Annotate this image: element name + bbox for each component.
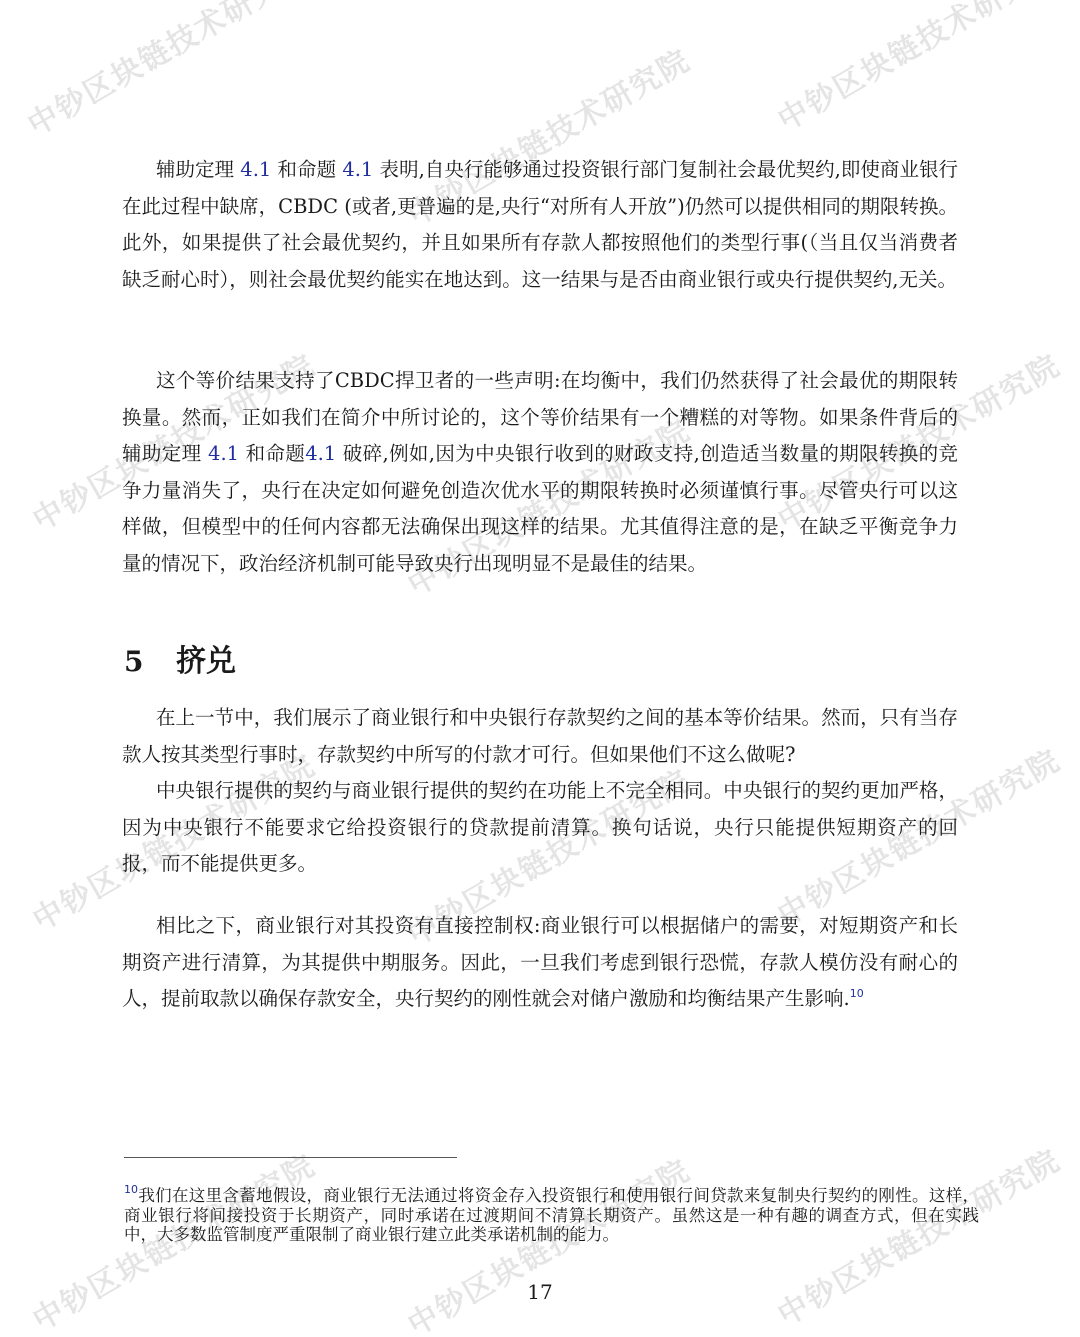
section-number: 5 — [124, 645, 176, 678]
page-number: 17 — [0, 1280, 1080, 1304]
paragraph-central-bank-contract: 中央银行提供的契约与商业银行提供的契约在功能上不完全相同。中央银行的契约更加严格… — [122, 773, 958, 883]
paragraph-commercial-bank-control: 相比之下，商业银行对其投资有直接控制权:商业银行可以根据储户的需要，对短期资产和… — [122, 908, 958, 1018]
text-span: 辅助定理 — [156, 158, 240, 181]
footnote-marker: 10 — [124, 1183, 138, 1196]
lemma-4-1-link[interactable]: 4.1 — [208, 442, 239, 465]
footnote-reference-link[interactable]: 10 — [850, 987, 864, 1000]
proposition-4-1-link[interactable]: 4.1 — [305, 442, 336, 465]
paragraph-cbdc-defenders: 这个等价结果支持了CBDC捍卫者的一些声明:在均衡中，我们仍然获得了社会最优的期… — [122, 363, 958, 582]
footnote-divider — [124, 1157, 457, 1158]
proposition-4-1-link[interactable]: 4.1 — [342, 158, 373, 181]
lemma-4-1-link[interactable]: 4.1 — [240, 158, 271, 181]
section-title: 挤兑 — [176, 644, 236, 679]
text-span: 相比之下，商业银行对其投资有直接控制权:商业银行可以根据储户的需要，对短期资产和… — [122, 914, 958, 1010]
footnote-text: 我们在这里含蓄地假设，商业银行无法通过将资金存入投资银行和使用银行间贷款来复制央… — [124, 1186, 979, 1244]
paragraph-runs-intro: 在上一节中，我们展示了商业银行和中央银行存款契约之间的基本等价结果。然而，只有当… — [122, 700, 958, 773]
text-span: 和命题 — [239, 442, 305, 465]
footnote: 10我们在这里含蓄地假设，商业银行无法通过将资金存入投资银行和使用银行间贷款来复… — [124, 1186, 979, 1245]
document-page: 辅助定理 4.1 和命题 4.1 表明,自央行能够通过投资银行部门复制社会最优契… — [0, 0, 1080, 1337]
paragraph-equivalence-result: 辅助定理 4.1 和命题 4.1 表明,自央行能够通过投资银行部门复制社会最优契… — [122, 152, 958, 298]
section-heading: 5挤兑 — [124, 636, 236, 680]
text-span: 和命题 — [271, 158, 342, 181]
